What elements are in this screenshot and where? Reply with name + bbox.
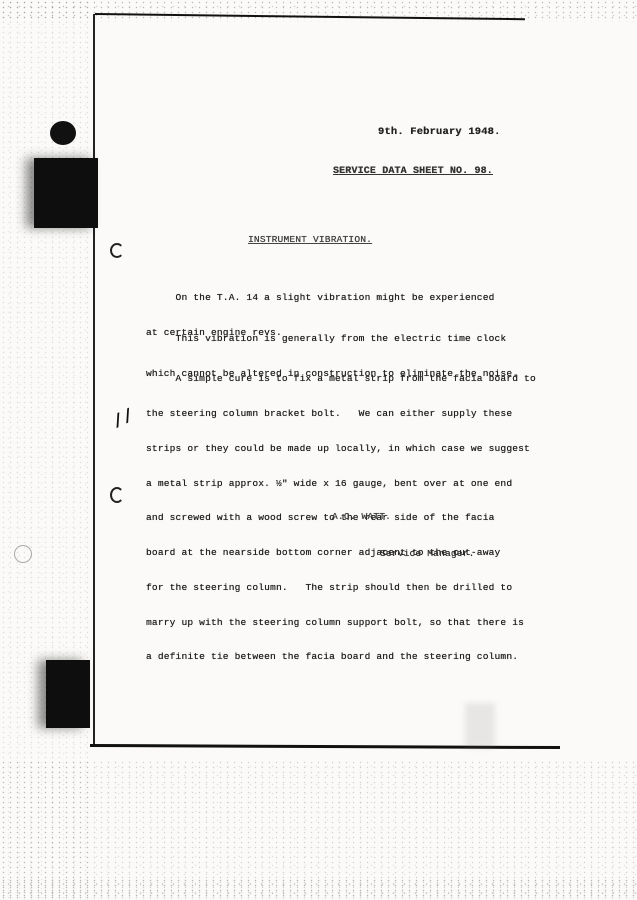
margin-annotation: //	[110, 406, 138, 433]
scan-smudge	[465, 703, 495, 748]
punch-hole-icon	[110, 487, 124, 503]
punch-hole-shadow-icon	[50, 121, 76, 145]
paragraph-line: strips or they could be made up locally,…	[146, 443, 536, 455]
paragraph-line: a metal strip approx. ½" wide x 16 gauge…	[146, 478, 536, 490]
signature-name: A.C. WATT.	[332, 511, 391, 523]
binder-clip-shadow-bottom	[46, 660, 90, 728]
signature-title: Service Manager.	[380, 548, 475, 560]
paragraph-line: This vibration is generally from the ele…	[146, 333, 518, 345]
paragraph-line: the steering column bracket bolt. We can…	[146, 408, 536, 420]
paragraph-line: marry up with the steering column suppor…	[146, 617, 536, 629]
paragraph-line: board at the nearside bottom corner adja…	[146, 547, 536, 559]
document-date: 9th. February 1948.	[378, 127, 501, 139]
paragraph-line: for the steering column. The strip shoul…	[146, 582, 536, 594]
sheet-title: SERVICE DATA SHEET NO. 98.	[333, 166, 493, 178]
subject-heading: INSTRUMENT VIBRATION.	[248, 234, 372, 246]
scan-noise-top	[0, 0, 637, 22]
paragraph-line: On the T.A. 14 a slight vibration might …	[146, 292, 495, 304]
punch-hole-icon	[110, 243, 124, 258]
punch-hole-faint-icon	[14, 545, 32, 563]
page-edge-left	[93, 14, 95, 744]
binder-clip-shadow-top	[34, 158, 98, 228]
paragraph-line: A simple cure is to fix a metal strip fr…	[146, 373, 536, 385]
scan-noise-bottom-strip	[0, 878, 637, 900]
paragraph-line: a definite tie between the facia board a…	[146, 651, 536, 663]
